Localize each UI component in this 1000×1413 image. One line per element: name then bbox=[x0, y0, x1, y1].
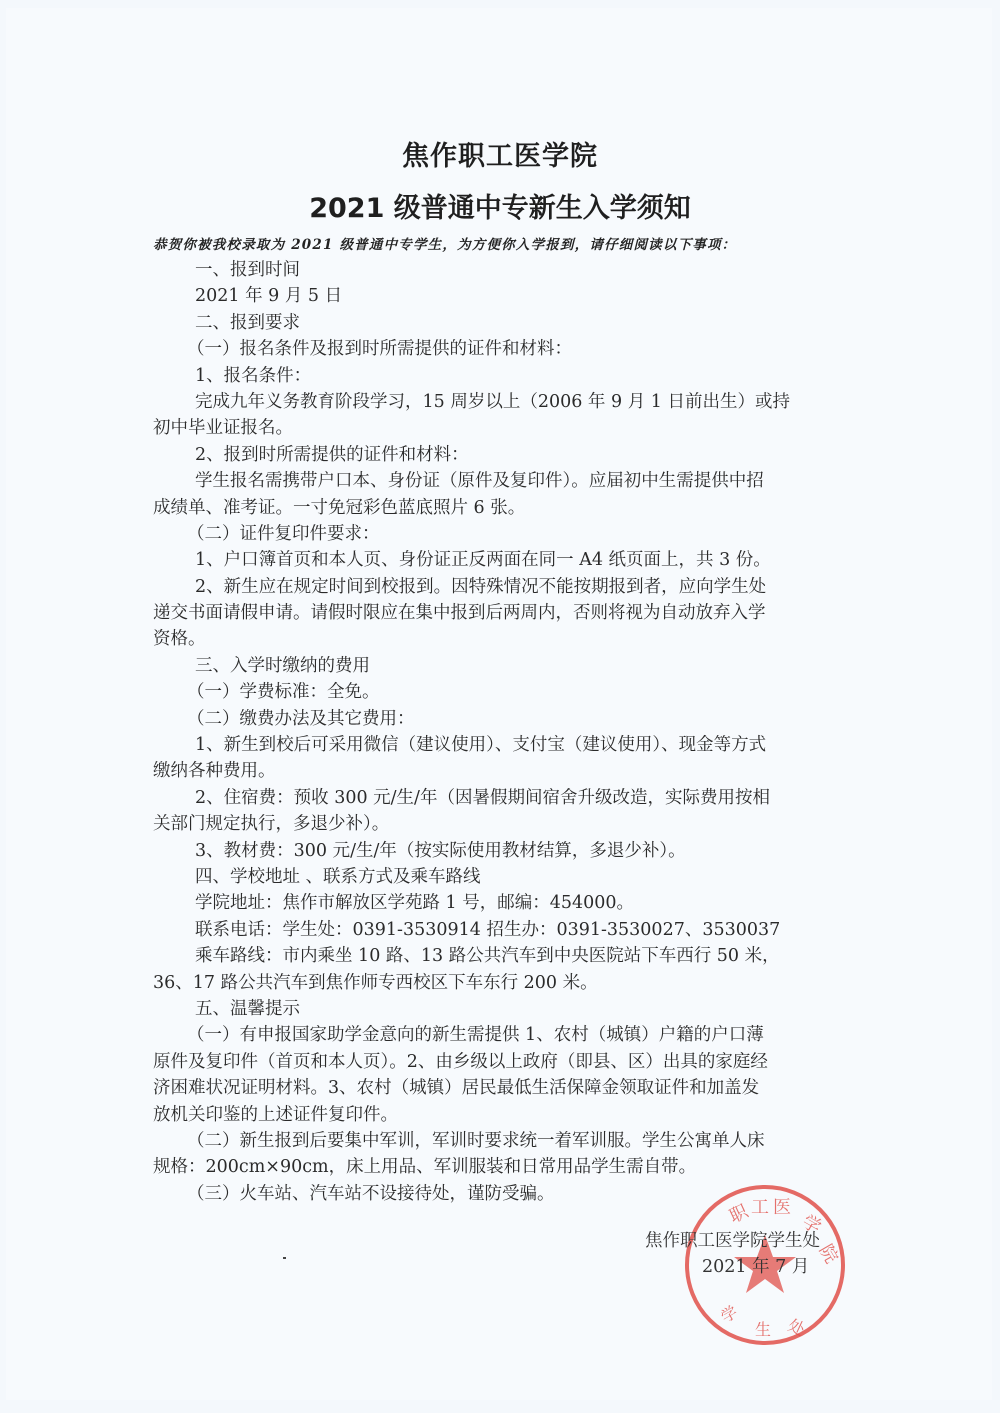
notice-line: 2、住宿费：预收 300 元/生/年（因暑假期间宿舍升级改造，实际费用按相 bbox=[153, 785, 853, 811]
svg-text:学: 学 bbox=[718, 1302, 741, 1326]
notice-line: 学生报名需携带户口本、身份证（原件及复印件）。应届初中生需提供中招 bbox=[153, 468, 853, 494]
notice-body: 一、报到时间2021 年 9 月 5 日二、报到要求（一）报名条件及报到时所需提… bbox=[153, 257, 853, 1207]
notice-title: 2021 级普通中专新生入学须知 bbox=[0, 186, 1000, 225]
notice-line: 2、报到时所需提供的证件和材料： bbox=[153, 442, 853, 468]
notice-line: 四、学校地址 、联系方式及乘车路线 bbox=[153, 864, 853, 890]
notice-line: （二）证件复印件要求： bbox=[153, 521, 853, 547]
notice-line: 递交书面请假申请。请假时限应在集中报到后两周内，否则将视为自动放弃入学 bbox=[153, 600, 853, 626]
svg-text:生: 生 bbox=[755, 1320, 771, 1339]
svg-text:处: 处 bbox=[785, 1315, 808, 1339]
notice-line: 济困难状况证明材料。3、农村（城镇）居民最低生活保障金领取证件和加盖发 bbox=[153, 1075, 853, 1101]
school-name-title: 焦作职工医学院 bbox=[0, 134, 1000, 173]
notice-line: 规格：200cm×90cm，床上用品、军训服装和日常用品学生需自带。 bbox=[153, 1154, 853, 1180]
notice-line: 五、温馨提示 bbox=[153, 996, 853, 1022]
svg-text:医: 医 bbox=[773, 1197, 791, 1218]
notice-line: 1、报名条件： bbox=[153, 363, 853, 389]
greeting-text: 恭贺你被我校录取为 2021 级普通中专学生，为方便你入学报到，请仔细阅读以下事… bbox=[153, 233, 873, 253]
notice-line: 36、17 路公共汽车到焦作师专西校区下车东行 200 米。 bbox=[153, 970, 853, 996]
notice-line: （一）报名条件及报到时所需提供的证件和材料： bbox=[153, 336, 853, 362]
svg-text:职: 职 bbox=[726, 1200, 752, 1227]
notice-line: 原件及复印件（首页和本人页）。2、由乡级以上政府（即县、区）出具的家庭经 bbox=[153, 1049, 853, 1075]
notice-line: （二）新生报到后要集中军训，军训时要求统一着军训服。学生公寓单人床 bbox=[153, 1128, 853, 1154]
scan-speck bbox=[283, 1257, 286, 1259]
svg-text:工: 工 bbox=[751, 1197, 769, 1218]
notice-line: 2021 年 9 月 5 日 bbox=[153, 283, 853, 309]
notice-line: 一、报到时间 bbox=[153, 257, 853, 283]
signature-org: 焦作职工医学院学生处 bbox=[645, 1227, 820, 1252]
notice-line: 二、报到要求 bbox=[153, 310, 853, 336]
notice-line: 三、入学时缴纳的费用 bbox=[153, 653, 853, 679]
signature-date: 2021 年 7 月 bbox=[702, 1253, 809, 1278]
notice-line: 资格。 bbox=[153, 626, 853, 652]
notice-line: 联系电话：学生处：0391-3530914 招生办：0391-3530027、3… bbox=[153, 917, 853, 943]
notice-line: 2、新生应在规定时间到校报到。因特殊情况不能按期报到者，应向学生处 bbox=[153, 574, 853, 600]
notice-line: （一）有申报国家助学金意向的新生需提供 1、农村（城镇）户籍的户口薄 bbox=[153, 1022, 853, 1048]
notice-line: 乘车路线：市内乘坐 10 路、13 路公共汽车到中央医院站下车西行 50 米， bbox=[153, 943, 853, 969]
notice-line: 成绩单、准考证。一寸免冠彩色蓝底照片 6 张。 bbox=[153, 495, 853, 521]
notice-line: 1、新生到校后可采用微信（建议使用）、支付宝（建议使用）、现金等方式 bbox=[153, 732, 853, 758]
notice-line: 学院地址：焦作市解放区学苑路 1 号，邮编：454000。 bbox=[153, 890, 853, 916]
notice-line: 初中毕业证报名。 bbox=[153, 415, 853, 441]
notice-line: 完成九年义务教育阶段学习，15 周岁以上（2006 年 9 月 1 日前出生）或… bbox=[153, 389, 853, 415]
notice-line: （一）学费标准：全免。 bbox=[153, 679, 853, 705]
notice-line: 放机关印鉴的上述证件复印件。 bbox=[153, 1102, 853, 1128]
notice-line: （二）缴费办法及其它费用： bbox=[153, 706, 853, 732]
notice-line: 缴纳各种费用。 bbox=[153, 758, 853, 784]
notice-line: 3、教材费：300 元/生/年（按实际使用教材结算，多退少补）。 bbox=[153, 838, 853, 864]
notice-line: 关部门规定执行，多退少补）。 bbox=[153, 811, 853, 837]
notice-line: 1、户口簿首页和本人页、身份证正反两面在同一 A4 纸页面上，共 3 份。 bbox=[153, 547, 853, 573]
